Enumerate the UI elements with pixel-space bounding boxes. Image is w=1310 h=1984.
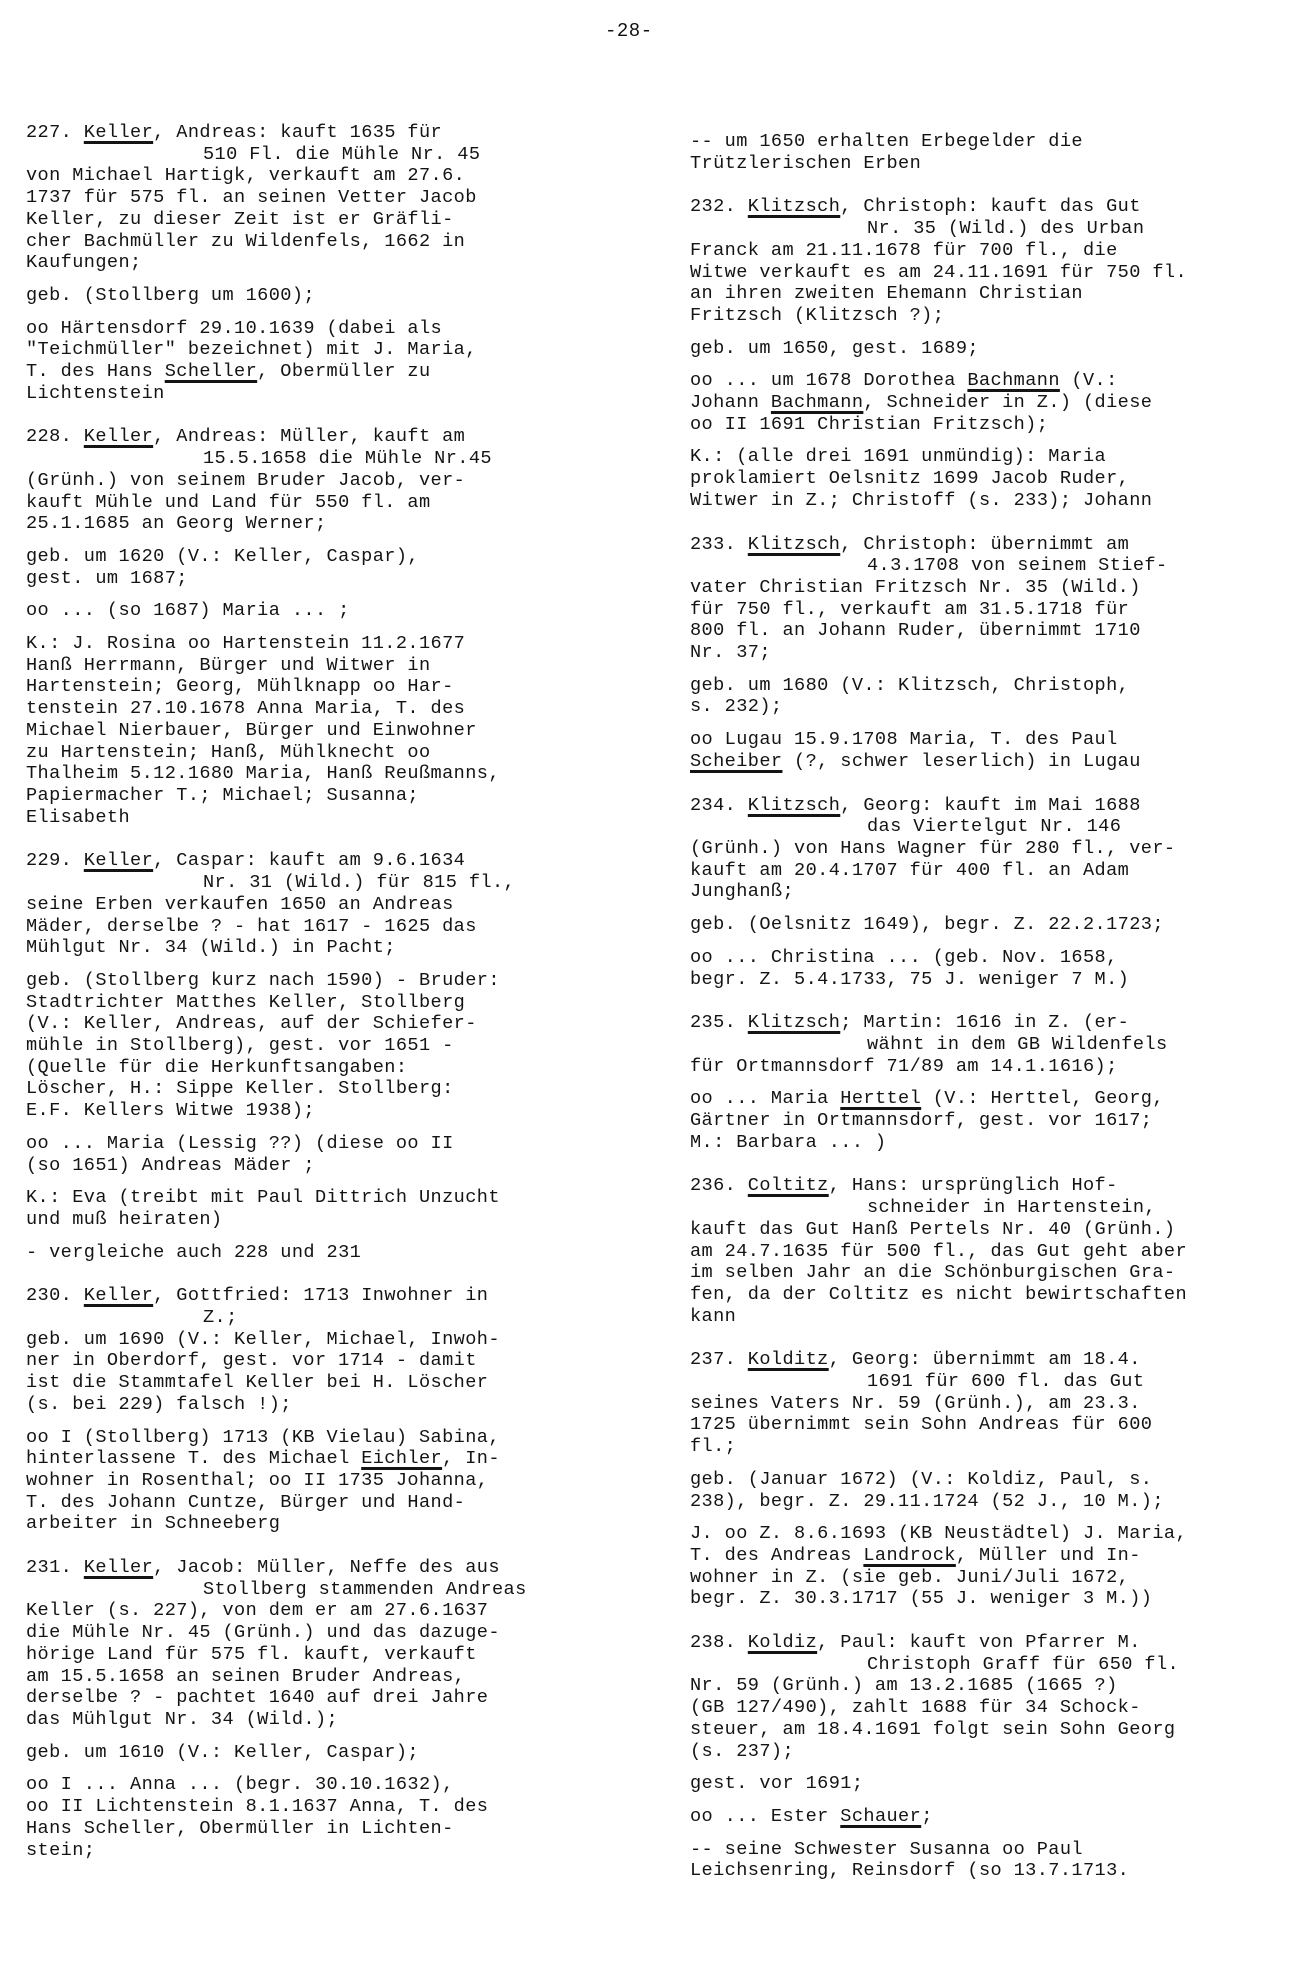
heading-line: 231. Keller, Jacob: Müller, Neffe des au… xyxy=(26,1557,646,1579)
entry-heading-text: ; Martin: 1616 in Z. (er- xyxy=(840,1012,1129,1033)
entry-heading-text: , Paul: kauft von Pfarrer M. xyxy=(817,1632,1141,1653)
text-line: Michael Nierbauer, Bürger und Einwohner xyxy=(26,720,646,742)
entry-heading-text: , Andreas: Müller, kauft am xyxy=(153,426,465,447)
entry-surname: Keller xyxy=(84,122,153,143)
text-line: Stadtrichter Matthes Keller, Stollberg xyxy=(26,992,646,1014)
entry-paragraph: geb. um 1610 (V.: Keller, Caspar); xyxy=(26,1742,646,1764)
genealogy-entry-232: 232. Klitzsch, Christoph: kauft das GutN… xyxy=(690,196,1310,511)
text-line: für 750 fl., verkauft am 31.5.1718 für xyxy=(690,599,1310,621)
entry-paragraph: -- seine Schwester Susanna oo PaulLeichs… xyxy=(690,1839,1310,1882)
text-line: Lichtenstein xyxy=(26,383,646,405)
text-line: stein; xyxy=(26,1840,646,1862)
text-line: hörige Land für 575 fl. kauft, verkauft xyxy=(26,1644,646,1666)
heading-continuation: Nr. 31 (Wild.) für 815 fl., xyxy=(26,872,646,894)
genealogy-entry-228: 228. Keller, Andreas: Müller, kauft am15… xyxy=(26,426,646,828)
text-line: cher Bachmüller zu Wildenfels, 1662 in xyxy=(26,231,646,253)
text-line: oo II Lichtenstein 8.1.1637 Anna, T. des xyxy=(26,1796,646,1818)
text-line: T. des Hans Scheller, Obermüller zu xyxy=(26,361,646,383)
entry-paragraph: oo I (Stollberg) 1713 (KB Vielau) Sabina… xyxy=(26,1427,646,1536)
entry-paragraph: geb. (Oelsnitz 1649), begr. Z. 22.2.1723… xyxy=(690,914,1310,936)
entry-paragraph: geb. um 1650, gest. 1689; xyxy=(690,338,1310,360)
text-line: K.: J. Rosina oo Hartenstein 11.2.1677 xyxy=(26,633,646,655)
heading-continuation: 4.3.1708 von seinem Stief- xyxy=(690,555,1310,577)
entry-paragraph: oo ... Ester Schauer; xyxy=(690,1806,1310,1828)
entry-paragraph: oo ... (so 1687) Maria ... ; xyxy=(26,600,646,622)
text-line: seines Vaters Nr. 59 (Grünh.), am 23.3. xyxy=(690,1393,1310,1415)
text-line: 25.1.1685 an Georg Werner; xyxy=(26,513,646,535)
text-line: K.: Eva (treibt mit Paul Dittrich Unzuch… xyxy=(26,1187,646,1209)
text-line: kauft Mühle und Land für 550 fl. am xyxy=(26,492,646,514)
heading-line: 237. Kolditz, Georg: übernimmt am 18.4. xyxy=(690,1349,1310,1371)
heading-continuation: das Viertelgut Nr. 146 xyxy=(690,816,1310,838)
entry-paragraph: K.: (alle drei 1691 unmündig): Mariaprok… xyxy=(690,446,1310,511)
entry-paragraph: geb. (Stollberg kurz nach 1590) - Bruder… xyxy=(26,970,646,1122)
entry-paragraph: oo Lugau 15.9.1708 Maria, T. des PaulSch… xyxy=(690,729,1310,772)
text-line: oo ... Ester Schauer; xyxy=(690,1806,1310,1828)
entry-heading: 235. Klitzsch; Martin: 1616 in Z. (er-wä… xyxy=(690,1012,1310,1077)
genealogy-entry-229: 229. Keller, Caspar: kauft am 9.6.1634Nr… xyxy=(26,850,646,1263)
genealogy-entry-230: 230. Keller, Gottfried: 1713 Inwohner in… xyxy=(26,1285,646,1535)
left-column: 227. Keller, Andreas: kauft 1635 für510 … xyxy=(26,122,646,1883)
underlined-name: Eichler xyxy=(361,1448,442,1469)
text-line: oo I (Stollberg) 1713 (KB Vielau) Sabina… xyxy=(26,1427,646,1449)
text-line: (s. bei 229) falsch !); xyxy=(26,1394,646,1416)
entry-paragraph: K.: J. Rosina oo Hartenstein 11.2.1677Ha… xyxy=(26,633,646,828)
text-line: für Ortmannsdorf 71/89 am 14.1.1616); xyxy=(690,1056,1310,1078)
text-line: arbeiter in Schneeberg xyxy=(26,1513,646,1535)
entry-number: 233. xyxy=(690,534,748,555)
underlined-name: Herttel xyxy=(840,1088,921,1109)
entry-number: 227. xyxy=(26,122,84,143)
entry-heading-text: , Caspar: kauft am 9.6.1634 xyxy=(153,850,465,871)
text-line: (Grünh.) von seinem Bruder Jacob, ver- xyxy=(26,470,646,492)
text-line: Hans Scheller, Obermüller in Lichten- xyxy=(26,1818,646,1840)
text-line: geb. um 1650, gest. 1689; xyxy=(690,338,1310,360)
entry-heading: 237. Kolditz, Georg: übernimmt am 18.4.1… xyxy=(690,1349,1310,1458)
entry-surname: Kolditz xyxy=(748,1349,829,1370)
heading-continuation: Christoph Graff für 650 fl. xyxy=(690,1654,1310,1676)
entry-heading: 233. Klitzsch, Christoph: übernimmt am4.… xyxy=(690,534,1310,664)
text-line: geb. (Stollberg kurz nach 1590) - Bruder… xyxy=(26,970,646,992)
text-line: Hanß Herrmann, Bürger und Witwer in xyxy=(26,655,646,677)
text-line: (Quelle für die Herkunftsangaben: xyxy=(26,1057,646,1079)
entry-heading-text: , Christoph: übernimmt am xyxy=(840,534,1129,555)
text-line: Thalheim 5.12.1680 Maria, Hanß Reußmanns… xyxy=(26,763,646,785)
entry-paragraph: K.: Eva (treibt mit Paul Dittrich Unzuch… xyxy=(26,1187,646,1230)
entry-paragraph: - vergleiche auch 228 und 231 xyxy=(26,1242,646,1264)
text-line: kauft das Gut Hanß Pertels Nr. 40 (Grünh… xyxy=(690,1219,1310,1241)
entry-number: 230. xyxy=(26,1285,84,1306)
entry-heading-text: , Andreas: kauft 1635 für xyxy=(153,122,442,143)
heading-line: 236. Coltitz, Hans: ursprünglich Hof- xyxy=(690,1175,1310,1197)
text-line: oo ... Maria Herttel (V.: Herttel, Georg… xyxy=(690,1088,1310,1110)
entry-heading: 238. Koldiz, Paul: kauft von Pfarrer M.C… xyxy=(690,1632,1310,1762)
entry-heading-text: , Hans: ursprünglich Hof- xyxy=(829,1175,1118,1196)
text-line: oo I ... Anna ... (begr. 30.10.1632), xyxy=(26,1774,646,1796)
text-line: Trützlerischen Erben xyxy=(690,153,1310,175)
text-line: Keller, zu dieser Zeit ist er Gräfli- xyxy=(26,209,646,231)
entry-number: 234. xyxy=(690,795,748,816)
text-line: geb. (Januar 1672) (V.: Koldiz, Paul, s. xyxy=(690,1469,1310,1491)
text-line: oo ... Christina ... (geb. Nov. 1658, xyxy=(690,947,1310,969)
text-line: (s. 237); xyxy=(690,1741,1310,1763)
text-line: derselbe ? - pachtet 1640 auf drei Jahre xyxy=(26,1687,646,1709)
entry-surname: Coltitz xyxy=(748,1175,829,1196)
heading-continuation: 1691 für 600 fl. das Gut xyxy=(690,1371,1310,1393)
entry-surname: Koldiz xyxy=(748,1632,817,1653)
text-line: Hartenstein; Georg, Mühlknapp oo Har- xyxy=(26,676,646,698)
underlined-name: Landrock xyxy=(863,1545,955,1566)
text-line: oo ... um 1678 Dorothea Bachmann (V.: xyxy=(690,370,1310,392)
text-line: 1725 übernimmt sein Sohn Andreas für 600 xyxy=(690,1414,1310,1436)
text-line: Elisabeth xyxy=(26,807,646,829)
text-line: von Michael Hartigk, verkauft am 27.6. xyxy=(26,165,646,187)
entry-number: 236. xyxy=(690,1175,748,1196)
entry-heading-text: , Jacob: Müller, Neffe des aus xyxy=(153,1557,500,1578)
text-line: 1737 für 575 fl. an seinen Vetter Jacob xyxy=(26,187,646,209)
text-line: gest. um 1687; xyxy=(26,568,646,590)
entry-heading-text: , Gottfried: 1713 Inwohner in xyxy=(153,1285,488,1306)
entry-heading: 234. Klitzsch, Georg: kauft im Mai 1688d… xyxy=(690,795,1310,904)
heading-line: 233. Klitzsch, Christoph: übernimmt am xyxy=(690,534,1310,556)
text-line: steuer, am 18.4.1691 folgt sein Sohn Geo… xyxy=(690,1719,1310,1741)
underlined-name: Scheiber xyxy=(690,751,782,772)
text-line: (so 1651) Andreas Mäder ; xyxy=(26,1155,646,1177)
text-line: geb. um 1680 (V.: Klitzsch, Christoph, xyxy=(690,675,1310,697)
text-line: Mäder, derselbe ? - hat 1617 - 1625 das xyxy=(26,916,646,938)
genealogy-entry-238: 238. Koldiz, Paul: kauft von Pfarrer M.C… xyxy=(690,1632,1310,1882)
text-line: Scheiber (?, schwer leserlich) in Lugau xyxy=(690,751,1310,773)
entry-heading: 231. Keller, Jacob: Müller, Neffe des au… xyxy=(26,1557,646,1731)
underlined-name: Scheller xyxy=(165,361,257,382)
text-line: wohner in Rosenthal; oo II 1735 Johanna, xyxy=(26,1470,646,1492)
text-line: T. des Andreas Landrock, Müller und In- xyxy=(690,1545,1310,1567)
entry-heading: 229. Keller, Caspar: kauft am 9.6.1634Nr… xyxy=(26,850,646,959)
text-line: K.: (alle drei 1691 unmündig): Maria xyxy=(690,446,1310,468)
entry-number: 238. xyxy=(690,1632,748,1653)
heading-continuation: wähnt in dem GB Wildenfels xyxy=(690,1034,1310,1056)
entry-paragraph: J. oo Z. 8.6.1693 (KB Neustädtel) J. Mar… xyxy=(690,1523,1310,1610)
genealogy-entry-233: 233. Klitzsch, Christoph: übernimmt am4.… xyxy=(690,534,1310,773)
text-line: -- seine Schwester Susanna oo Paul xyxy=(690,1839,1310,1861)
text-line: Witwer in Z.; Christoff (s. 233); Johann xyxy=(690,490,1310,512)
text-line: hinterlassene T. des Michael Eichler, In… xyxy=(26,1448,646,1470)
entry-number: 235. xyxy=(690,1012,748,1033)
heading-line: 228. Keller, Andreas: Müller, kauft am xyxy=(26,426,646,448)
text-line: oo ... (so 1687) Maria ... ; xyxy=(26,600,646,622)
heading-line: 232. Klitzsch, Christoph: kauft das Gut xyxy=(690,196,1310,218)
text-line: am 15.5.1658 an seinen Bruder Andreas, xyxy=(26,1666,646,1688)
text-line: und muß heiraten) xyxy=(26,1209,646,1231)
text-line: -- um 1650 erhalten Erbegelder die xyxy=(690,131,1310,153)
text-line: kann xyxy=(690,1306,1310,1328)
text-line: im selben Jahr an die Schönburgischen Gr… xyxy=(690,1262,1310,1284)
text-line: Nr. 37; xyxy=(690,642,1310,664)
entry-number: 229. xyxy=(26,850,84,871)
text-line: fen, da der Coltitz es nicht bewirtschaf… xyxy=(690,1284,1310,1306)
text-line: Löscher, H.: Sippe Keller. Stollberg: xyxy=(26,1078,646,1100)
text-line: am 24.7.1635 für 500 fl., das Gut geht a… xyxy=(690,1241,1310,1263)
text-line: oo Lugau 15.9.1708 Maria, T. des Paul xyxy=(690,729,1310,751)
text-line: proklamiert Oelsnitz 1699 Jacob Ruder, xyxy=(690,468,1310,490)
heading-line: 230. Keller, Gottfried: 1713 Inwohner in xyxy=(26,1285,646,1307)
entry-surname: Keller xyxy=(84,850,153,871)
entry-paragraph: geb. (Januar 1672) (V.: Koldiz, Paul, s.… xyxy=(690,1469,1310,1512)
text-line: kauft am 20.4.1707 für 400 fl. an Adam xyxy=(690,860,1310,882)
entry-heading: 236. Coltitz, Hans: ursprünglich Hof-sch… xyxy=(690,1175,1310,1327)
text-line: mühle in Stollberg), gest. vor 1651 - xyxy=(26,1035,646,1057)
text-line: geb. um 1610 (V.: Keller, Caspar); xyxy=(26,1742,646,1764)
heading-continuation: Z.; xyxy=(26,1307,646,1329)
entry-paragraph: oo ... um 1678 Dorothea Bachmann (V.:Joh… xyxy=(690,370,1310,435)
right-column: -- um 1650 erhalten Erbegelder dieTrützl… xyxy=(690,131,1310,1904)
entry-heading: 232. Klitzsch, Christoph: kauft das GutN… xyxy=(690,196,1310,326)
entry-surname: Klitzsch xyxy=(748,196,840,217)
heading-line: 235. Klitzsch; Martin: 1616 in Z. (er- xyxy=(690,1012,1310,1034)
entry-heading: 227. Keller, Andreas: kauft 1635 für510 … xyxy=(26,122,646,274)
text-line: die Mühle Nr. 45 (Grünh.) und das dazuge… xyxy=(26,1622,646,1644)
text-line: ist die Stammtafel Keller bei H. Löscher xyxy=(26,1372,646,1394)
entry-paragraph: oo Härtensdorf 29.10.1639 (dabei als"Tei… xyxy=(26,318,646,405)
entry-heading: 228. Keller, Andreas: Müller, kauft am15… xyxy=(26,426,646,535)
text-line: Witwe verkauft es am 24.11.1691 für 750 … xyxy=(690,262,1310,284)
heading-line: 234. Klitzsch, Georg: kauft im Mai 1688 xyxy=(690,795,1310,817)
text-line: ner in Oberdorf, gest. vor 1714 - damit xyxy=(26,1350,646,1372)
entry-paragraph: oo ... Christina ... (geb. Nov. 1658,beg… xyxy=(690,947,1310,990)
text-line: oo ... Maria (Lessig ??) (diese oo II xyxy=(26,1133,646,1155)
text-line: 800 fl. an Johann Ruder, übernimmt 1710 xyxy=(690,620,1310,642)
text-line: zu Hartenstein; Hanß, Mühlknecht oo xyxy=(26,742,646,764)
text-line: geb. um 1690 (V.: Keller, Michael, Inwoh… xyxy=(26,1329,646,1351)
page-number: -28- xyxy=(605,20,653,42)
heading-line: 238. Koldiz, Paul: kauft von Pfarrer M. xyxy=(690,1632,1310,1654)
text-line: das Mühlgut Nr. 34 (Wild.); xyxy=(26,1709,646,1731)
text-line: Gärtner in Ortmannsdorf, gest. vor 1617; xyxy=(690,1110,1310,1132)
entry-surname: Klitzsch xyxy=(748,1012,840,1033)
text-line: wohner in Z. (sie geb. Juni/Juli 1672, xyxy=(690,1567,1310,1589)
entry-heading-text: , Christoph: kauft das Gut xyxy=(840,196,1141,217)
heading-continuation: Nr. 35 (Wild.) des Urban xyxy=(690,218,1310,240)
underlined-name: Schauer xyxy=(840,1806,921,1827)
text-line: Johann Bachmann, Schneider in Z.) (diese xyxy=(690,392,1310,414)
text-line: Leichsenring, Reinsdorf (so 13.7.1713. xyxy=(690,1860,1310,1882)
text-line: J. oo Z. 8.6.1693 (KB Neustädtel) J. Mar… xyxy=(690,1523,1310,1545)
entry-paragraph: geb. um 1680 (V.: Klitzsch, Christoph,s.… xyxy=(690,675,1310,718)
text-line: gest. vor 1691; xyxy=(690,1773,1310,1795)
text-line: Fritzsch (Klitzsch ?); xyxy=(690,305,1310,327)
text-line: an ihren zweiten Ehemann Christian xyxy=(690,283,1310,305)
genealogy-entry-236: 236. Coltitz, Hans: ursprünglich Hof-sch… xyxy=(690,1175,1310,1327)
intro-note: -- um 1650 erhalten Erbegelder dieTrützl… xyxy=(690,131,1310,174)
text-line: tenstein 27.10.1678 Anna Maria, T. des xyxy=(26,698,646,720)
entry-paragraph: oo ... Maria Herttel (V.: Herttel, Georg… xyxy=(690,1088,1310,1153)
genealogy-entry-227: 227. Keller, Andreas: kauft 1635 für510 … xyxy=(26,122,646,404)
entry-surname: Keller xyxy=(84,426,153,447)
genealogy-entry-235: 235. Klitzsch; Martin: 1616 in Z. (er-wä… xyxy=(690,1012,1310,1153)
heading-continuation: schneider in Hartenstein, xyxy=(690,1197,1310,1219)
text-line: Papiermacher T.; Michael; Susanna; xyxy=(26,785,646,807)
text-line: Nr. 59 (Grünh.) am 13.2.1685 (1665 ?) xyxy=(690,1675,1310,1697)
text-line: (GB 127/490), zahlt 1688 für 34 Schock- xyxy=(690,1697,1310,1719)
genealogy-entry-231: 231. Keller, Jacob: Müller, Neffe des au… xyxy=(26,1557,646,1861)
entry-paragraph: geb. (Stollberg um 1600); xyxy=(26,285,646,307)
entry-number: 237. xyxy=(690,1349,748,1370)
text-line: 238), begr. Z. 29.11.1724 (52 J., 10 M.)… xyxy=(690,1491,1310,1513)
text-line: begr. Z. 30.3.1717 (55 J. weniger 3 M.)) xyxy=(690,1588,1310,1610)
text-line: oo Härtensdorf 29.10.1639 (dabei als xyxy=(26,318,646,340)
genealogy-entry-237: 237. Kolditz, Georg: übernimmt am 18.4.1… xyxy=(690,1349,1310,1610)
entry-number: 231. xyxy=(26,1557,84,1578)
underlined-name: Bachmann xyxy=(771,392,863,413)
text-line: seine Erben verkaufen 1650 an Andreas xyxy=(26,894,646,916)
genealogy-entry-234: 234. Klitzsch, Georg: kauft im Mai 1688d… xyxy=(690,795,1310,991)
text-line: M.: Barbara ... ) xyxy=(690,1132,1310,1154)
text-line: Franck am 21.11.1678 für 700 fl., die xyxy=(690,240,1310,262)
entry-paragraph: gest. vor 1691; xyxy=(690,1773,1310,1795)
entry-surname: Klitzsch xyxy=(748,534,840,555)
heading-line: 227. Keller, Andreas: kauft 1635 für xyxy=(26,122,646,144)
text-line: begr. Z. 5.4.1733, 75 J. weniger 7 M.) xyxy=(690,969,1310,991)
text-line: Keller (s. 227), von dem er am 27.6.1637 xyxy=(26,1600,646,1622)
text-line: (V.: Keller, Andreas, auf der Schiefer- xyxy=(26,1013,646,1035)
text-line: geb. (Oelsnitz 1649), begr. Z. 22.2.1723… xyxy=(690,914,1310,936)
heading-continuation: 510 Fl. die Mühle Nr. 45 xyxy=(26,144,646,166)
text-line: T. des Johann Cuntze, Bürger und Hand- xyxy=(26,1492,646,1514)
text-line: Junghanß; xyxy=(690,881,1310,903)
entry-heading-text: , Georg: kauft im Mai 1688 xyxy=(840,795,1141,816)
heading-continuation: 15.5.1658 die Mühle Nr.45 xyxy=(26,448,646,470)
entry-number: 232. xyxy=(690,196,748,217)
text-line: E.F. Kellers Witwe 1938); xyxy=(26,1100,646,1122)
entry-heading: 230. Keller, Gottfried: 1713 Inwohner in… xyxy=(26,1285,646,1415)
heading-continuation: Stollberg stammenden Andreas xyxy=(26,1579,646,1601)
entry-surname: Klitzsch xyxy=(748,795,840,816)
text-line: - vergleiche auch 228 und 231 xyxy=(26,1242,646,1264)
text-line: vater Christian Fritzsch Nr. 35 (Wild.) xyxy=(690,577,1310,599)
heading-line: 229. Keller, Caspar: kauft am 9.6.1634 xyxy=(26,850,646,872)
entry-surname: Keller xyxy=(84,1285,153,1306)
entry-paragraph: oo ... Maria (Lessig ??) (diese oo II(so… xyxy=(26,1133,646,1176)
text-line: fl.; xyxy=(690,1436,1310,1458)
entry-paragraph: oo I ... Anna ... (begr. 30.10.1632),oo … xyxy=(26,1774,646,1861)
text-line: (Grünh.) von Hans Wagner für 280 fl., ve… xyxy=(690,838,1310,860)
text-line: s. 232); xyxy=(690,696,1310,718)
text-line: geb. (Stollberg um 1600); xyxy=(26,285,646,307)
entry-surname: Keller xyxy=(84,1557,153,1578)
underlined-name: Bachmann xyxy=(967,370,1059,391)
entry-number: 228. xyxy=(26,426,84,447)
text-line: Mühlgut Nr. 34 (Wild.) in Pacht; xyxy=(26,937,646,959)
entry-heading-text: , Georg: übernimmt am 18.4. xyxy=(829,1349,1141,1370)
entry-paragraph: geb. um 1620 (V.: Keller, Caspar),gest. … xyxy=(26,546,646,589)
text-line: "Teichmüller" bezeichnet) mit J. Maria, xyxy=(26,339,646,361)
text-line: Kaufungen; xyxy=(26,252,646,274)
text-line: geb. um 1620 (V.: Keller, Caspar), xyxy=(26,546,646,568)
text-line: oo II 1691 Christian Fritzsch); xyxy=(690,414,1310,436)
